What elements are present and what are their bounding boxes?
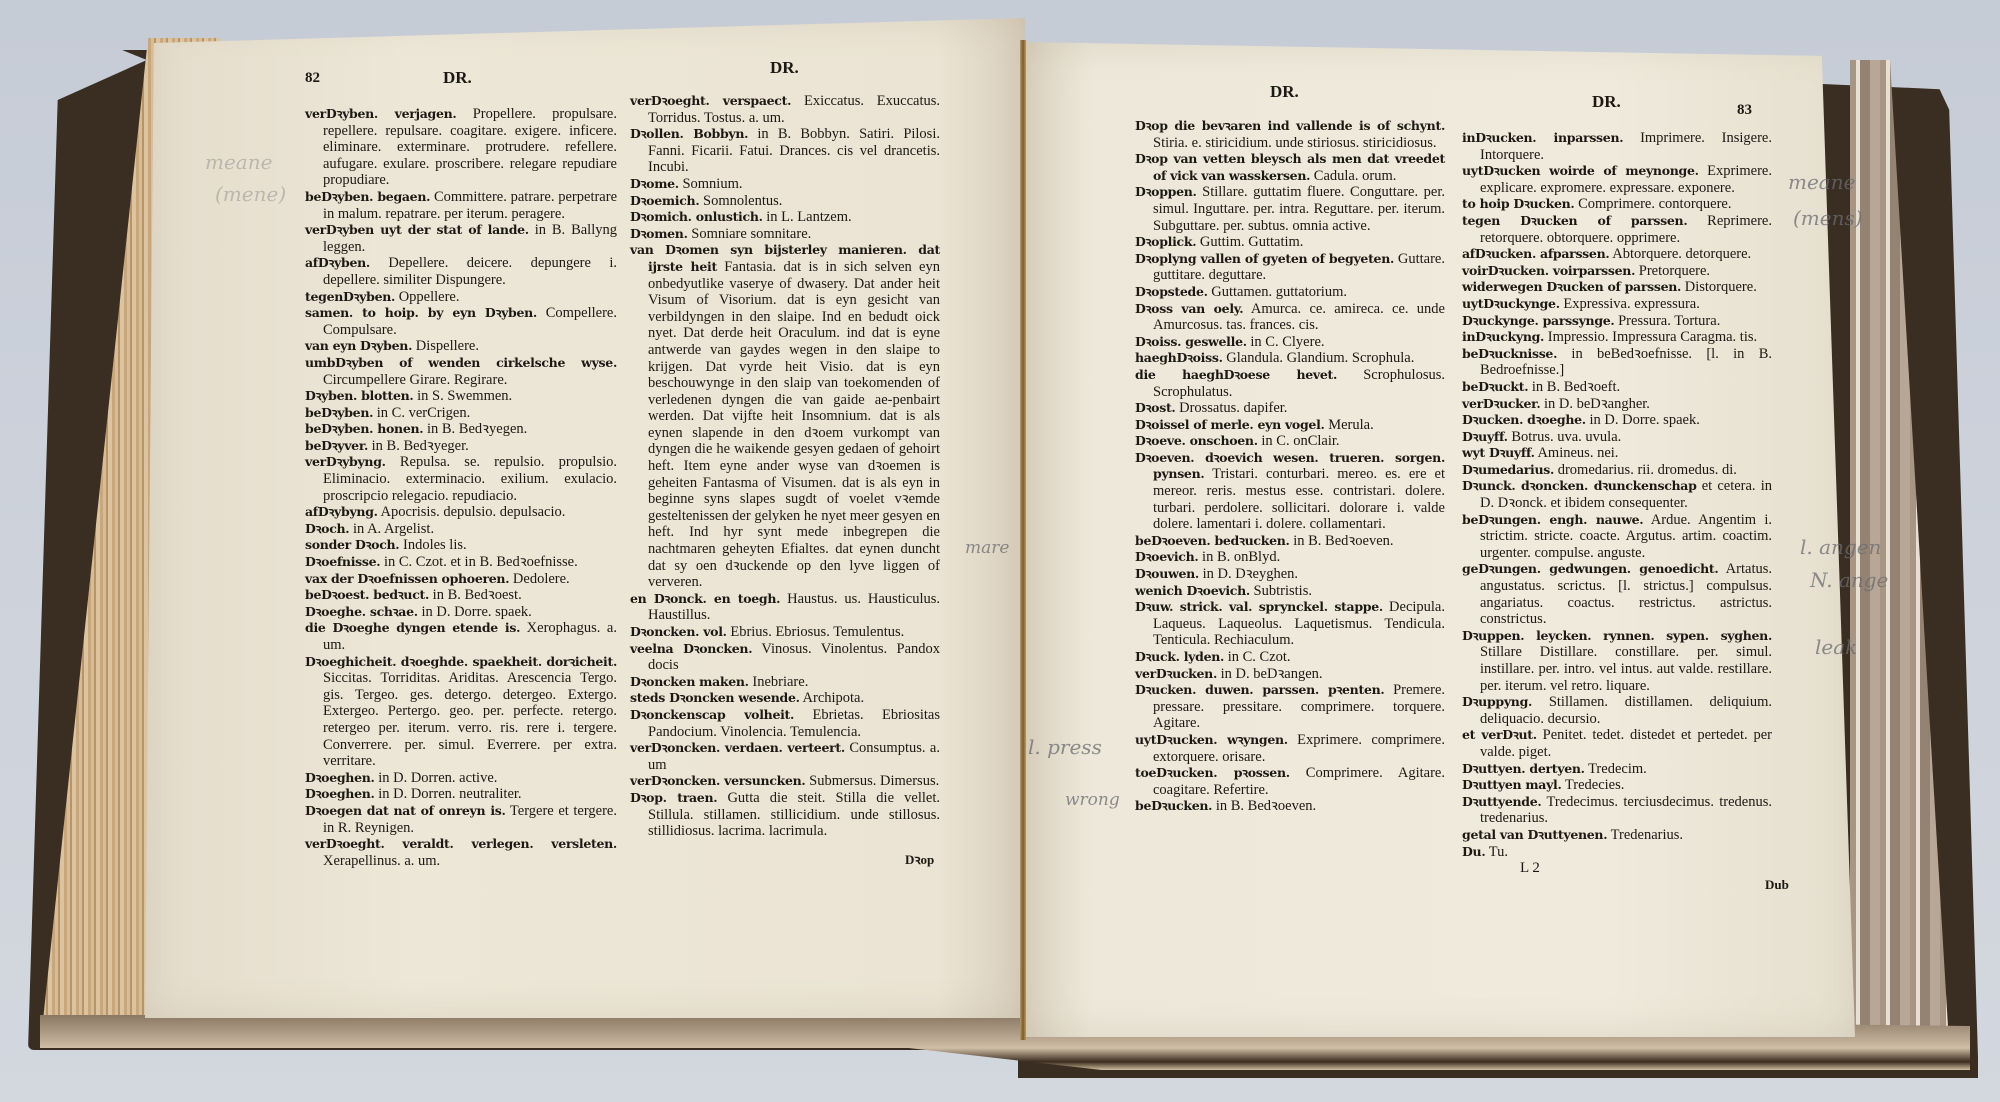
- dictionary-entry: Dꝛuttyen. dertyen. Tredecim.: [1462, 761, 1772, 778]
- entry-definition: Impressio. Impressura Caragma. tis.: [1544, 329, 1757, 345]
- entry-headword: steds Dꝛoncken wesende.: [630, 690, 800, 705]
- entry-definition: in D. Dorre. spaek.: [1586, 412, 1700, 428]
- entry-definition: Dedolere.: [509, 571, 569, 587]
- entry-headword: beDꝛyben. begaen.: [305, 189, 430, 204]
- dictionary-entry: verDꝛybyng. Repulsa. se. repulsio. propu…: [305, 454, 617, 504]
- dictionary-entry: Dꝛoevich. in B. onBlyd.: [1135, 549, 1445, 566]
- dictionary-entry: afDꝛucken. afparssen. Abtorquere. detorq…: [1462, 246, 1772, 263]
- entry-definition: Dispellere.: [412, 338, 479, 354]
- catchword-left: Dꝛop: [905, 850, 934, 868]
- pencil-note-right-mid-1: l. angen: [1800, 535, 1881, 559]
- entry-definition: in A. Argelist.: [349, 521, 434, 537]
- entry-headword: Dꝛouwen.: [1135, 566, 1199, 581]
- entry-headword: verDꝛucken.: [1135, 666, 1217, 681]
- entry-headword: die Dꝛoeghe dyngen etende is.: [305, 620, 520, 635]
- dictionary-entry: wenich Dꝛoevich. Subtristis.: [1135, 583, 1445, 600]
- entry-headword: van eyn Dꝛyben.: [305, 338, 412, 353]
- entry-headword: vax der Dꝛoefnissen ophoeren.: [305, 571, 509, 586]
- dictionary-entry: Dꝛoeghen. in D. Dorren. neutraliter.: [305, 786, 617, 803]
- dictionary-entry: geDꝛungen. gedwungen. genoedicht. Artatu…: [1462, 561, 1772, 627]
- entry-headword: tegenDꝛyben.: [305, 289, 395, 304]
- book-gutter: [1020, 40, 1026, 1040]
- entry-definition: Abtorquere. detorquere.: [1609, 246, 1751, 262]
- pencil-note-gutter-left: mare: [965, 538, 1009, 558]
- entry-headword: tegen Dꝛucken of parssen.: [1462, 213, 1687, 228]
- dictionary-entry: tegen Dꝛucken of parssen. Reprimere. ret…: [1462, 213, 1772, 246]
- dictionary-entry: widerwegen Dꝛucken of parssen. Distorque…: [1462, 279, 1772, 296]
- entry-headword: Dꝛoeghen.: [305, 770, 375, 785]
- entry-headword: Dꝛomen.: [630, 226, 688, 241]
- dictionary-entry: uytDꝛuckynge. Expressiva. expressura.: [1462, 296, 1772, 313]
- dictionary-entry: et verDꝛut. Penitet. tedet. distedet et …: [1462, 727, 1772, 760]
- entry-headword: Dꝛuttyende.: [1462, 794, 1541, 809]
- dictionary-entry: Dꝛonckenscap volheit. Ebrietas. Ebriosit…: [630, 707, 940, 740]
- running-header-left-col2: DR.: [770, 58, 799, 78]
- dictionary-entry: verDꝛoeght. verspaect. Exiccatus. Exucca…: [630, 93, 940, 126]
- dictionary-entry: verDꝛucken. in D. beDꝛangen.: [1135, 666, 1445, 683]
- dictionary-entry: vax der Dꝛoefnissen ophoeren. Dedolere.: [305, 571, 617, 588]
- dictionary-entry: Dꝛoeve. onschoen. in C. onClair.: [1135, 433, 1445, 450]
- entry-definition: in B. Bedꝛyegen.: [423, 421, 527, 437]
- entry-headword: toeDꝛucken. pꝛossen.: [1135, 765, 1290, 780]
- entry-definition: Oppellere.: [395, 289, 459, 305]
- page-number-right: 83: [1737, 102, 1752, 119]
- running-header-left-col1: DR.: [443, 68, 472, 88]
- dictionary-entry: Dꝛucken. duwen. parssen. pꝛenten. Premer…: [1135, 682, 1445, 732]
- pencil-note-left-top-1: meane: [205, 150, 272, 174]
- entry-headword: Dꝛoiss. geswelle.: [1135, 334, 1247, 349]
- entry-definition: Fantasia. dat is in sich selven eyn onbe…: [648, 259, 940, 590]
- entry-headword: Dꝛop. traen.: [630, 790, 717, 805]
- entry-definition: in B. Bedꝛyeger.: [368, 438, 469, 454]
- dictionary-entry: en Dꝛonck. en toegh. Haustus. us. Hausti…: [630, 591, 940, 624]
- entry-headword: beDꝛungen. engh. nauwe.: [1462, 512, 1643, 527]
- entry-headword: Dꝛuttyen mayl.: [1462, 777, 1562, 792]
- dictionary-entry: steds Dꝛoncken wesende. Archipota.: [630, 690, 940, 707]
- entry-definition: Botrus. uva. uvula.: [1508, 429, 1622, 445]
- dictionary-entry: van eyn Dꝛyben. Dispellere.: [305, 338, 617, 355]
- dictionary-entry: Dꝛop van vetten bleysch als men dat vree…: [1135, 151, 1445, 184]
- entry-headword: beDꝛoest. bedꝛuct.: [305, 587, 429, 602]
- dictionary-entry: Dꝛoncken maken. Inebriare.: [630, 674, 940, 691]
- entry-headword: verDꝛoeght. veraldt. verlegen. versleten…: [305, 836, 617, 851]
- entry-headword: Dꝛoeghe. schꝛae.: [305, 604, 418, 619]
- dictionary-entry: veelna Dꝛoncken. Vinosus. Vinolentus. Pa…: [630, 641, 940, 674]
- entry-headword: inDꝛuckyng.: [1462, 329, 1544, 344]
- entry-definition: Subtristis.: [1250, 583, 1312, 599]
- entry-headword: Dꝛollen. Bobbyn.: [630, 126, 748, 141]
- entry-headword: afDꝛybyng.: [305, 504, 378, 519]
- entry-definition: Pressura. Tortura.: [1614, 313, 1720, 329]
- entry-headword: samen. to hoip. by eyn Dꝛyben.: [305, 305, 537, 320]
- entry-definition: in B. Bedꝛoeven.: [1212, 798, 1316, 814]
- dictionary-entry: umbDꝛyben of wenden cirkelsche wyse. Cir…: [305, 355, 617, 388]
- signature-mark: L 2: [1520, 860, 1540, 877]
- entry-definition: Stillare Distillare. constillare. per. s…: [1480, 644, 1772, 693]
- dictionary-entry: Dꝛuck. lyden. in C. Czot.: [1135, 649, 1445, 666]
- entry-definition: Pretorquere.: [1635, 263, 1710, 279]
- dictionary-entry: Dꝛoegen dat nat of onreyn is. Tergere et…: [305, 803, 617, 836]
- entry-headword: beDꝛoeven. bedꝛucken.: [1135, 533, 1290, 548]
- entry-definition: Inebriare.: [749, 674, 809, 690]
- entry-headword: Dꝛoch.: [305, 521, 349, 536]
- dictionary-entry: toeDꝛucken. pꝛossen. Comprimere. Agitare…: [1135, 765, 1445, 798]
- pencil-note-left-top-2: (mene): [215, 182, 286, 206]
- dictionary-entry: beDꝛucknisse. in beBedꝛoefnisse. [l. in …: [1462, 346, 1772, 379]
- entry-definition: in D. Dorren. neutraliter.: [375, 786, 522, 802]
- entry-headword: Dꝛoncken maken.: [630, 674, 749, 689]
- entry-definition: Tredenarius.: [1607, 827, 1683, 843]
- dictionary-entry: Dꝛoefnisse. in C. Czot. et in B. Bedꝛoef…: [305, 554, 617, 571]
- entry-headword: verDꝛucker.: [1462, 396, 1540, 411]
- entry-headword: beDꝛucknisse.: [1462, 346, 1557, 361]
- dictionary-entry: Dꝛoplick. Guttim. Guttatim.: [1135, 234, 1445, 251]
- entry-headword: wyt Dꝛuyff.: [1462, 445, 1535, 460]
- entry-definition: Glandula. Glandium. Scrophula.: [1223, 350, 1415, 366]
- entry-headword: Dꝛoefnisse.: [305, 554, 380, 569]
- dictionary-entry: Dꝛuttyen mayl. Tredecies.: [1462, 777, 1772, 794]
- left-page-column-1: verDꝛyben. verjagen. Propellere. propuls…: [305, 106, 617, 869]
- entry-headword: Dꝛoevich.: [1135, 549, 1198, 564]
- dictionary-entry: Dꝛome. Somnium.: [630, 176, 940, 193]
- left-page-column-2: verDꝛoeght. verspaect. Exiccatus. Exucca…: [630, 93, 940, 840]
- entry-headword: geDꝛungen. gedwungen. genoedicht.: [1462, 561, 1718, 576]
- dictionary-entry: verDꝛucker. in D. beDꝛangher.: [1462, 396, 1772, 413]
- dictionary-entry: verDꝛyben uyt der stat of lande. in B. B…: [305, 222, 617, 255]
- dictionary-entry: Dꝛuckynge. parssynge. Pressura. Tortura.: [1462, 313, 1772, 330]
- entry-definition: in D. beDꝛangher.: [1540, 396, 1650, 412]
- entry-headword: Dꝛyben. blotten.: [305, 388, 413, 403]
- dictionary-entry: beDꝛoeven. bedꝛucken. in B. Bedꝛoeven.: [1135, 533, 1445, 550]
- entry-headword: Dꝛoppen.: [1135, 184, 1197, 199]
- dictionary-entry: inDꝛucken. inparssen. Imprimere. Insiger…: [1462, 130, 1772, 163]
- entry-headword: sonder Dꝛoch.: [305, 537, 399, 552]
- dictionary-entry: Dꝛyben. blotten. in S. Swemmen.: [305, 388, 617, 405]
- entry-definition: Guttamen. guttatorium.: [1208, 284, 1347, 300]
- entry-headword: to hoip Dꝛucken.: [1462, 196, 1574, 211]
- entry-headword: Dꝛoplick.: [1135, 234, 1196, 249]
- dictionary-entry: tegenDꝛyben. Oppellere.: [305, 289, 617, 306]
- entry-headword: afDꝛucken. afparssen.: [1462, 246, 1609, 261]
- entry-definition: Merula.: [1325, 417, 1374, 433]
- entry-definition: Somnium.: [679, 176, 743, 192]
- entry-definition: in B. Bedꝛoeven.: [1290, 533, 1394, 549]
- entry-headword: Dꝛunck. dꝛoncken. dꝛunckenschap: [1462, 478, 1697, 493]
- pencil-note-right-low: leak: [1815, 635, 1857, 659]
- open-book: 82 DR. DR. DR. DR. 83 verDꝛyben. verjage…: [0, 0, 2000, 1102]
- page-number-left: 82: [305, 70, 320, 87]
- entry-headword: Dꝛop die bevꝛaren ind vallende is of sch…: [1135, 118, 1445, 133]
- entry-headword: getal van Dꝛuttyenen.: [1462, 827, 1607, 842]
- entry-definition: Ebrius. Ebriosus. Temulentus.: [727, 624, 905, 640]
- entry-headword: Dꝛoplyng vallen of gyeten of begyeten.: [1135, 251, 1394, 266]
- dictionary-entry: wyt Dꝛuyff. Amineus. nei.: [1462, 445, 1772, 462]
- dictionary-entry: Dꝛuyff. Botrus. uva. uvula.: [1462, 429, 1772, 446]
- entry-headword: Dꝛuppyng.: [1462, 694, 1532, 709]
- entry-headword: Dꝛuppen. leycken. rynnen. sypen. syghen.: [1462, 628, 1772, 643]
- dictionary-entry: beDꝛuckt. in B. Bedꝛoeft.: [1462, 379, 1772, 396]
- dictionary-entry: Dꝛoch. in A. Argelist.: [305, 521, 617, 538]
- entry-headword: verDꝛyben. verjagen.: [305, 106, 456, 121]
- entry-definition: in C. verCrigen.: [373, 405, 470, 421]
- entry-definition: in C. onClair.: [1258, 433, 1340, 449]
- entry-headword: veelna Dꝛoncken.: [630, 641, 752, 656]
- dictionary-entry: verDꝛoeght. veraldt. verlegen. versleten…: [305, 836, 617, 869]
- dictionary-entry: beDꝛyben. in C. verCrigen.: [305, 405, 617, 422]
- dictionary-entry: Dꝛoeghen. in D. Dorren. active.: [305, 770, 617, 787]
- right-page-column-2: inDꝛucken. inparssen. Imprimere. Insiger…: [1462, 130, 1772, 860]
- dictionary-entry: uytDꝛucken. wꝛyngen. Exprimere. comprime…: [1135, 732, 1445, 765]
- entry-headword: beDꝛyben.: [305, 405, 373, 420]
- entry-definition: Amineus. nei.: [1535, 445, 1619, 461]
- dictionary-entry: Dꝛoncken. vol. Ebrius. Ebriosus. Temulen…: [630, 624, 940, 641]
- pencil-note-gutter-right-2: wrong: [1065, 790, 1120, 810]
- pencil-note-right-top-2: (mens): [1793, 206, 1863, 230]
- entry-definition: Expressiva. expressura.: [1560, 296, 1700, 312]
- dictionary-entry: beDꝛyver. in B. Bedꝛyeger.: [305, 438, 617, 455]
- entry-definition: Tredecies.: [1562, 777, 1625, 793]
- entry-headword: en Dꝛonck. en toegh.: [630, 591, 780, 606]
- entry-definition: in C. Clyere.: [1247, 334, 1325, 350]
- entry-definition: Apocrisis. depulsio. depulsacio.: [378, 504, 566, 520]
- entry-headword: die haeghDꝛoese hevet.: [1135, 367, 1337, 382]
- entry-headword: Dꝛop van vetten bleysch als men dat vree…: [1135, 151, 1445, 183]
- entry-headword: Dꝛoss van oely.: [1135, 301, 1243, 316]
- dictionary-entry: getal van Dꝛuttyenen. Tredenarius.: [1462, 827, 1772, 844]
- entry-definition: Siccitas. Torriditas. Ariditas. Arescenc…: [323, 670, 617, 769]
- running-header-right-col1: DR.: [1270, 82, 1299, 102]
- entry-headword: Dꝛuyff.: [1462, 429, 1508, 444]
- entry-headword: uytDꝛucken. wꝛyngen.: [1135, 732, 1288, 747]
- running-header-right-col2: DR.: [1592, 92, 1621, 112]
- entry-definition: Comprimere. contorquere.: [1574, 196, 1731, 212]
- dictionary-entry: verDꝛoncken. verdaen. verteert. Consumpt…: [630, 740, 940, 773]
- entry-definition: in B. Bedꝛoest.: [429, 587, 522, 603]
- dictionary-entry: beDꝛungen. engh. nauwe. Ardue. Angentim …: [1462, 512, 1772, 562]
- entry-definition: in B. onBlyd.: [1198, 549, 1280, 565]
- entry-definition: Distorquere.: [1681, 279, 1757, 295]
- entry-headword: uytDꝛucken woirde of meynonge.: [1462, 163, 1699, 178]
- dictionary-entry: to hoip Dꝛucken. Comprimere. contorquere…: [1462, 196, 1772, 213]
- dictionary-entry: Dꝛollen. Bobbyn. in B. Bobbyn. Satiri. P…: [630, 126, 940, 176]
- entry-definition: Archipota.: [800, 690, 864, 706]
- entry-headword: widerwegen Dꝛucken of parssen.: [1462, 279, 1681, 294]
- entry-definition: Submersus. Dimersus.: [806, 773, 940, 789]
- dictionary-entry: beDꝛyben. honen. in B. Bedꝛyegen.: [305, 421, 617, 438]
- entry-headword: Dꝛoeve. onschoen.: [1135, 433, 1258, 448]
- entry-definition: in D. Dorre. spaek.: [418, 604, 532, 620]
- entry-headword: verDꝛoncken. verdaen. verteert.: [630, 740, 845, 755]
- right-page-column-1: Dꝛop die bevꝛaren ind vallende is of sch…: [1135, 118, 1445, 815]
- entry-headword: Dꝛumedarius.: [1462, 462, 1554, 477]
- entry-definition: in C. Czot. et in B. Bedꝛoefnisse.: [380, 554, 577, 570]
- entry-headword: wenich Dꝛoevich.: [1135, 583, 1250, 598]
- dictionary-entry: beDꝛoest. bedꝛuct. in B. Bedꝛoest.: [305, 587, 617, 604]
- entry-definition: Somnolentus.: [699, 193, 782, 209]
- entry-headword: voirDꝛucken. voirparssen.: [1462, 263, 1635, 278]
- entry-definition: Tredecim.: [1585, 761, 1647, 777]
- entry-headword: Dꝛuw. strick. val. sprynckel. stappe.: [1135, 599, 1383, 614]
- dictionary-entry: samen. to hoip. by eyn Dꝛyben. Compeller…: [305, 305, 617, 338]
- entry-definition: Guttim. Guttatim.: [1196, 234, 1303, 250]
- entry-headword: Dꝛost.: [1135, 400, 1175, 415]
- dictionary-entry: Dꝛost. Drossatus. dapifer.: [1135, 400, 1445, 417]
- dictionary-entry: Dꝛuttyende. Tredecimus. terciusdecimus. …: [1462, 794, 1772, 827]
- entry-headword: Dꝛucken. dꝛoeghe.: [1462, 412, 1586, 427]
- dictionary-entry: voirDꝛucken. voirparssen. Pretorquere.: [1462, 263, 1772, 280]
- entry-headword: Dꝛuck. lyden.: [1135, 649, 1224, 664]
- entry-headword: Du.: [1462, 844, 1485, 859]
- dictionary-entry: Dꝛuppyng. Stillamen. distillamen. deliqu…: [1462, 694, 1772, 727]
- entry-headword: Dꝛoncken. vol.: [630, 624, 727, 639]
- pencil-note-right-top-1: meane: [1788, 170, 1855, 194]
- dictionary-entry: Dꝛoss van oely. Amurca. ce. amireca. ce.…: [1135, 301, 1445, 334]
- entry-headword: inDꝛucken. inparssen.: [1462, 130, 1623, 145]
- entry-definition: in C. Czot.: [1224, 649, 1290, 665]
- entry-definition: in D. Dorren. active.: [375, 770, 498, 786]
- entry-headword: beDꝛyver.: [305, 438, 368, 453]
- dictionary-entry: die haeghDꝛoese hevet. Scrophulosus. Scr…: [1135, 367, 1445, 400]
- dictionary-entry: die Dꝛoeghe dyngen etende is. Xerophagus…: [305, 620, 617, 653]
- entry-headword: Dꝛoeghen.: [305, 786, 375, 801]
- catchword-right: Dub: [1765, 877, 1789, 893]
- dictionary-entry: Dꝛuppen. leycken. rynnen. sypen. syghen.…: [1462, 628, 1772, 694]
- dictionary-entry: verDꝛyben. verjagen. Propellere. propuls…: [305, 106, 617, 189]
- entry-headword: verDꝛybyng.: [305, 454, 386, 469]
- entry-definition: in D. Dꝛeyghen.: [1199, 566, 1298, 582]
- entry-headword: beDꝛuckt.: [1462, 379, 1528, 394]
- dictionary-entry: Dꝛopstede. Guttamen. guttatorium.: [1135, 284, 1445, 301]
- entry-headword: Dꝛuckynge. parssynge.: [1462, 313, 1614, 328]
- dictionary-entry: uytDꝛucken woirde of meynonge. Exprimere…: [1462, 163, 1772, 196]
- entry-definition: Cadula. orum.: [1310, 168, 1396, 184]
- entry-definition: Drossatus. dapifer.: [1175, 400, 1287, 416]
- dictionary-entry: Dꝛoissel of merle. eyn vogel. Merula.: [1135, 417, 1445, 434]
- entry-definition: in B. Bedꝛoeft.: [1528, 379, 1620, 395]
- entry-headword: Dꝛoissel of merle. eyn vogel.: [1135, 417, 1325, 432]
- dictionary-entry: Dꝛoemich. Somnolentus.: [630, 193, 940, 210]
- entry-headword: Dꝛome.: [630, 176, 679, 191]
- dictionary-entry: Dꝛoiss. geswelle. in C. Clyere.: [1135, 334, 1445, 351]
- dictionary-entry: Dꝛop. traen. Gutta die steit. Stilla die…: [630, 790, 940, 840]
- dictionary-entry: afDꝛyben. Depellere. deicere. depungere …: [305, 255, 617, 288]
- entry-headword: Dꝛoemich.: [630, 193, 699, 208]
- entry-definition: in L. Lantzem.: [763, 209, 852, 225]
- dictionary-entry: sonder Dꝛoch. Indoles lis.: [305, 537, 617, 554]
- entry-headword: beDꝛucken.: [1135, 798, 1212, 813]
- dictionary-entry: Dꝛucken. dꝛoeghe. in D. Dorre. spaek.: [1462, 412, 1772, 429]
- entry-headword: afDꝛyben.: [305, 255, 370, 270]
- dictionary-entry: van Dꝛomen syn bijsterley manieren. dat …: [630, 242, 940, 590]
- entry-headword: verDꝛyben uyt der stat of lande.: [305, 222, 529, 237]
- entry-definition: Tu.: [1485, 844, 1508, 860]
- dictionary-entry: Dꝛomich. onlustich. in L. Lantzem.: [630, 209, 940, 226]
- entry-headword: haeghDꝛoiss.: [1135, 350, 1223, 365]
- entry-headword: Dꝛopstede.: [1135, 284, 1208, 299]
- entry-headword: verDꝛoeght. verspaect.: [630, 93, 791, 108]
- entry-headword: Dꝛuttyen. dertyen.: [1462, 761, 1585, 776]
- pencil-note-gutter-right-1: l. press: [1028, 735, 1102, 759]
- dictionary-entry: Dꝛomen. Somniare somnitare.: [630, 226, 940, 243]
- dictionary-entry: Dꝛoeghe. schꝛae. in D. Dorre. spaek.: [305, 604, 617, 621]
- entry-definition: Stillare. guttatim fluere. Conguttare. p…: [1153, 184, 1445, 233]
- dictionary-entry: Dꝛumedarius. dromedarius. rii. dromedus.…: [1462, 462, 1772, 479]
- entry-headword: verDꝛoncken. versuncken.: [630, 773, 806, 788]
- dictionary-entry: Dꝛoeven. dꝛoevich wesen. trueren. sorgen…: [1135, 450, 1445, 533]
- entry-headword: Dꝛoeghicheit. dꝛoeghde. spaekheit. dorꝛi…: [305, 654, 617, 669]
- entry-definition: in S. Swemmen.: [413, 388, 512, 404]
- dictionary-entry: beDꝛyben. begaen. Committere. patrare. p…: [305, 189, 617, 222]
- dictionary-entry: verDꝛoncken. versuncken. Submersus. Dime…: [630, 773, 940, 790]
- pencil-note-right-mid-2: N. ange: [1810, 568, 1888, 592]
- entry-headword: uytDꝛuckynge.: [1462, 296, 1560, 311]
- entry-definition: dromedarius. rii. dromedus. di.: [1554, 462, 1737, 478]
- entry-headword: Dꝛonckenscap volheit.: [630, 707, 794, 722]
- entry-definition: Somniare somnitare.: [688, 226, 812, 242]
- dictionary-entry: afDꝛybyng. Apocrisis. depulsio. depulsac…: [305, 504, 617, 521]
- dictionary-entry: Dꝛoeghicheit. dꝛoeghde. spaekheit. dorꝛi…: [305, 654, 617, 770]
- dictionary-entry: Dꝛunck. dꝛoncken. dꝛunckenschap et ceter…: [1462, 478, 1772, 511]
- entry-headword: beDꝛyben. honen.: [305, 421, 423, 436]
- entry-definition: Circumpellere Girare. Regirare.: [323, 372, 507, 388]
- entry-headword: Dꝛoegen dat nat of onreyn is.: [305, 803, 506, 818]
- dictionary-entry: Dꝛoppen. Stillare. guttatim fluere. Cong…: [1135, 184, 1445, 234]
- entry-definition: in D. beDꝛangen.: [1217, 666, 1323, 682]
- dictionary-entry: haeghDꝛoiss. Glandula. Glandium. Scrophu…: [1135, 350, 1445, 367]
- entry-headword: et verDꝛut.: [1462, 727, 1537, 742]
- dictionary-entry: Du. Tu.: [1462, 844, 1772, 861]
- dictionary-entry: Dꝛuw. strick. val. sprynckel. stappe. De…: [1135, 599, 1445, 649]
- dictionary-entry: beDꝛucken. in B. Bedꝛoeven.: [1135, 798, 1445, 815]
- dictionary-entry: Dꝛouwen. in D. Dꝛeyghen.: [1135, 566, 1445, 583]
- entry-definition: Xerapellinus. a. um.: [323, 853, 440, 869]
- dictionary-entry: inDꝛuckyng. Impressio. Impressura Caragm…: [1462, 329, 1772, 346]
- entry-headword: Dꝛucken. duwen. parssen. pꝛenten.: [1135, 682, 1384, 697]
- entry-definition: Indoles lis.: [399, 537, 466, 553]
- entry-definition: Stiria. e. stiricidium. unde stiriosus. …: [1153, 135, 1437, 151]
- dictionary-entry: Dꝛop die bevꝛaren ind vallende is of sch…: [1135, 118, 1445, 151]
- dictionary-entry: Dꝛoplyng vallen of gyeten of begyeten. G…: [1135, 251, 1445, 284]
- entry-headword: umbDꝛyben of wenden cirkelsche wyse.: [305, 355, 617, 370]
- entry-headword: Dꝛomich. onlustich.: [630, 209, 763, 224]
